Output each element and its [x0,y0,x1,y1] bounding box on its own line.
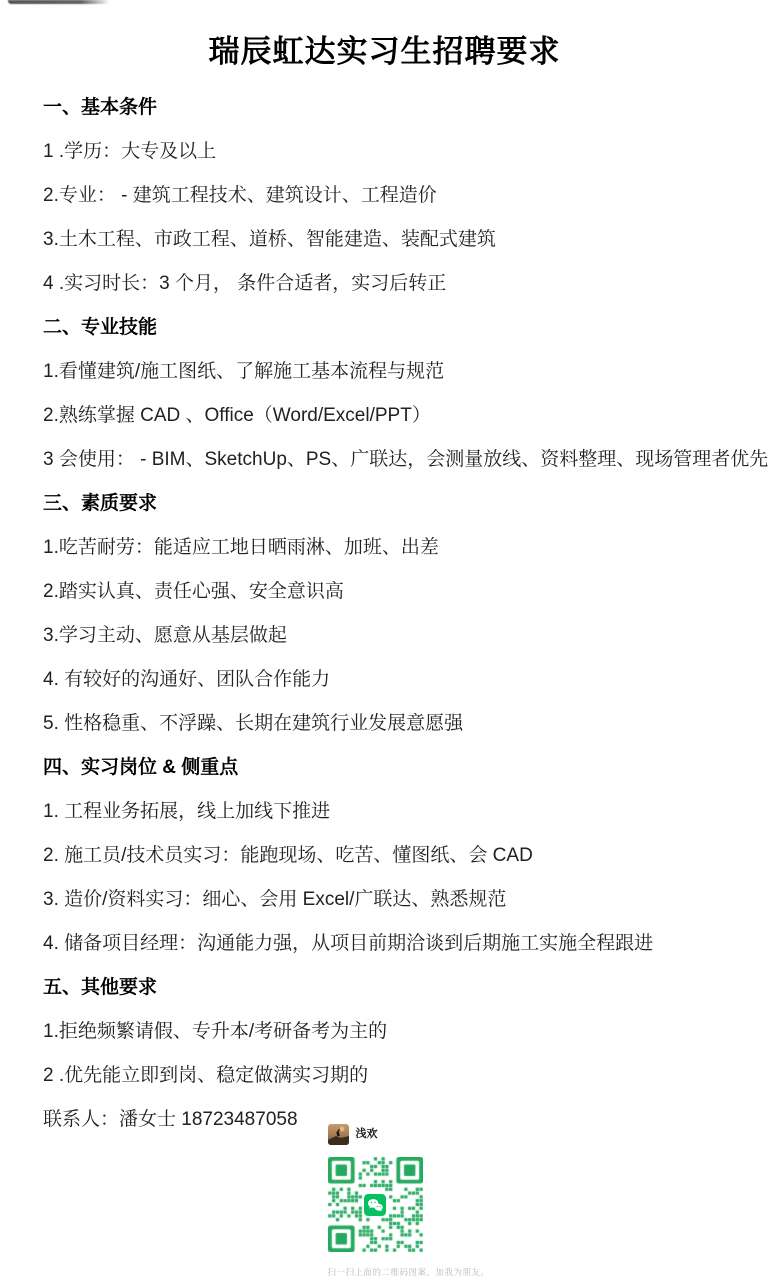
contact-block: 联系人：潘女士 18723487058 [43,1109,735,1283]
doc-line: 3.学习主动、愿意从基层做起 [43,625,735,646]
doc-line: 2.踏实认真、责任心强、安全意识高 [43,581,735,602]
wechat-profile-row: 浅欢 [328,1124,490,1145]
doc-line: 1 .学历：大专及以上 [43,141,735,162]
doc-line: 1. 工程业务拓展，线上加线下推进 [43,801,735,822]
wechat-nickname: 浅欢 [356,1124,378,1145]
doc-line: 4. 储备项目经理：沟通能力强，从项目前期洽谈到后期施工实施全程跟进 [43,933,735,954]
section-heading-intern-positions: 四、实习岗位 & 侧重点 [43,757,735,778]
section-heading-other-requirements: 五、其他要求 [43,977,735,998]
doc-line: 3. 造价/资料实习：细心、会用 Excel/广联达、熟悉规范 [43,889,735,910]
doc-line: 4 .实习时长：3 个月， 条件合适者，实习后转正 [43,273,735,294]
page-title: 瑞辰虹达实习生招聘要求 [0,30,769,74]
doc-line: 1.拒绝频繁请假、专升本/考研备考为主的 [43,1021,735,1042]
document-body: 一、基本条件 1 .学历：大专及以上 2.专业： - 建筑工程技术、建筑设计、工… [0,97,769,1283]
section-heading-quality-requirements: 三、素质要求 [43,493,735,514]
contact-line: 联系人：潘女士 18723487058 [43,1109,298,1130]
doc-line: 4. 有较好的沟通好、团队合作能力 [43,669,735,690]
doc-line: 1.看懂建筑/施工图纸、了解施工基本流程与规范 [43,361,735,382]
wechat-contact-card: 浅欢 扫一 [328,1124,490,1283]
doc-line: 2. 施工员/技术员实习：能跑现场、吃苦、懂图纸、会 CAD [43,845,735,866]
section-heading-basic-conditions: 一、基本条件 [43,97,735,118]
wechat-logo-icon [363,1193,387,1217]
doc-line: 2 .优先能立即到岗、稳定做满实习期的 [43,1065,735,1086]
section-heading-professional-skills: 二、专业技能 [43,317,735,338]
qr-caption: 扫一扫上面的二维码图案，加我为朋友。 [328,1262,490,1283]
doc-line: 1.吃苦耐劳：能适应工地日晒雨淋、加班、出差 [43,537,735,558]
wechat-qr-code [328,1157,423,1252]
window-edge-artifact [8,0,110,4]
doc-line: 3.土木工程、市政工程、道桥、智能建造、装配式建筑 [43,229,735,250]
avatar [328,1124,349,1145]
doc-line: 5. 性格稳重、不浮躁、长期在建筑行业发展意愿强 [43,713,735,734]
doc-line: 3 会使用： - BIM、SketchUp、PS、广联达，会测量放线、资料整理、… [43,449,735,470]
doc-line: 2.专业： - 建筑工程技术、建筑设计、工程造价 [43,185,735,206]
doc-line: 2.熟练掌握 CAD 、Office（Word/Excel/PPT） [43,405,735,426]
